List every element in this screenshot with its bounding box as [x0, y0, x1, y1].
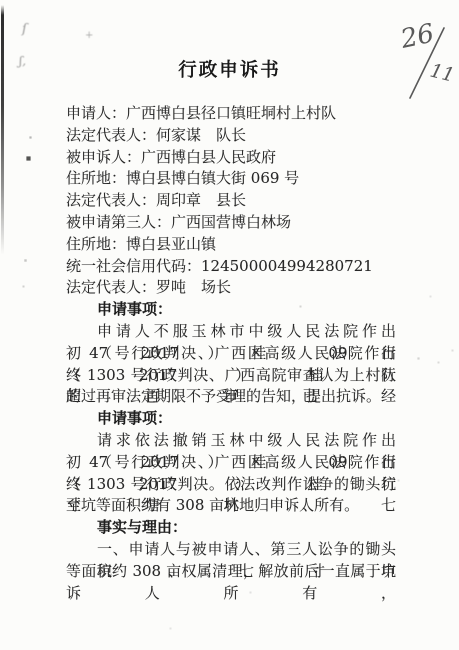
- body-line: 一、申请人与被申请人、第三人讼争的锄头坑、七寸坑: [66, 539, 396, 561]
- pencil-smudge: +: [85, 30, 93, 41]
- party-line-address-1: 住所地：博白县博白镇大街 069 号: [66, 168, 396, 190]
- body-line: 超过再审法定期限不予受理的告知，提出抗诉。: [66, 386, 396, 408]
- party-line-applicant: 申请人：广西博白县径口镇旺垌村上村队: [66, 103, 396, 125]
- scanned-document-page: ſ ʃ, + 26 11 行政申诉书 申请人：广西博白县径口镇旺垌村上村队 法定…: [0, 0, 459, 650]
- party-line-address-2: 住所地：博白县亚山镇: [66, 234, 396, 256]
- handwritten-numerator: 26: [397, 19, 437, 55]
- pencil-smudge: ſ: [22, 22, 27, 37]
- body-line: 寸坑等面积约有 308 亩林地归申诉人所有。: [66, 495, 396, 517]
- section-heading-2: 申请事项：: [66, 408, 396, 430]
- body-line: 初 47 号行政判决、广西区高级人民法院作出（2017）桂行: [66, 452, 396, 474]
- party-line-respondent: 被申诉人：广西博白县人民政府: [66, 147, 396, 169]
- body-line: 终 1303 号行政判决、广西高院审查认为上村队的再审已经: [66, 365, 396, 387]
- party-line-credit-code: 统一社会信用代码：124500004994280721: [66, 256, 396, 278]
- body-line: 初 47 号行政判决、广西区高级人民法院作出（2017）桂行: [66, 343, 396, 365]
- body-line: 请求依法撤销玉林中级人民法院作出（2017）桂 09 行: [66, 430, 396, 452]
- body-line: 终 1303 号行政判决。依法改判作讼争的锄头坑至塘坑、七: [66, 474, 396, 496]
- party-line-third-party: 被申请第三人：广西国营博白林场: [66, 212, 396, 234]
- document-title: 行政申诉书: [0, 56, 459, 82]
- party-line-legal-rep-1: 法定代表人：何家谋 队长: [66, 125, 396, 147]
- body-line: 等面积约 308 亩权属清理，解放前后一直属于申诉人所有，: [66, 561, 396, 583]
- party-line-legal-rep-3: 法定代表人：罗吨 场长: [66, 277, 396, 299]
- section-heading-3: 事实与理由：: [66, 517, 396, 539]
- document-body: 申请人：广西博白县径口镇旺垌村上村队 法定代表人：何家谋 队长 被申诉人：广西博…: [66, 103, 396, 583]
- body-line: 申请人不服玉林市中级人民法院作出（2017）桂 09 行: [66, 321, 396, 343]
- scan-edge-artifact: [1, 5, 4, 255]
- section-heading-1: 申请事项：: [66, 299, 396, 321]
- scan-noise-specks: [0, 0, 1, 1]
- party-line-legal-rep-2: 法定代表人：周印章 县长: [66, 190, 396, 212]
